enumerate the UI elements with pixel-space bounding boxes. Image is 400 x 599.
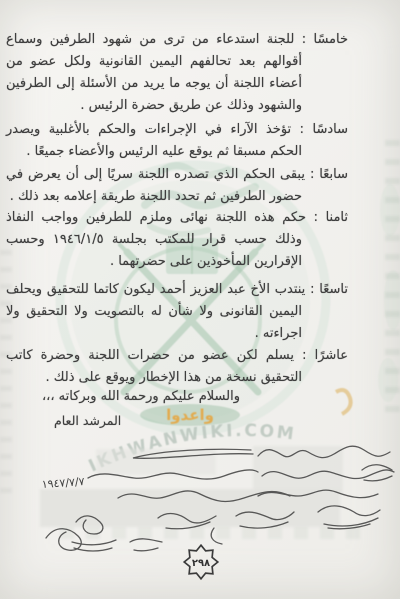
- document-item: تاسعًا : ينتدب الأخ عبد العزيز أحمد ليكو…: [6, 279, 348, 345]
- scanned-page: واعدوا IKHWANWIKI.COM خامسًا : للجنة است…: [0, 0, 400, 599]
- item-text: تؤخذ الآراء في الإجراءات والحكم بالأغلبي…: [6, 122, 302, 159]
- document-item: ثامنا : حكم هذه اللجنة نهائى وملزم للطرف…: [6, 207, 348, 273]
- signature-date: ١٩٤٧/٧/٧: [41, 475, 85, 491]
- signatory-title: المرشد العام: [54, 413, 121, 428]
- item-label: ثامنا :: [314, 210, 348, 225]
- item-text: للجنة استدعاء من ترى من شهود الطرفين وسم…: [6, 32, 302, 113]
- item-label: سابعًا :: [310, 167, 348, 182]
- page-number: ٢٩٨: [192, 558, 210, 569]
- item-label: خامسًا :: [302, 32, 348, 47]
- document-item: سادسًا : تؤخذ الآراء في الإجراءات والحكم…: [6, 119, 348, 163]
- item-label: تاسعًا :: [310, 282, 348, 297]
- closing-salutation: والسلام عليكم ورحمة الله وبركاته ،،،: [42, 389, 240, 404]
- document-item: عاشرًا : يسلم لكن عضو من حضرات اللجنة وح…: [6, 345, 348, 389]
- item-text: يسلم لكن عضو من حضرات اللجنة وحضرة كاتب …: [6, 348, 302, 385]
- page-number-ornament: ٢٩٨: [180, 541, 222, 587]
- item-label: عاشرًا :: [302, 348, 348, 363]
- item-text: حكم هذه اللجنة نهائى وملزم للطرفين وواجب…: [6, 210, 306, 269]
- item-label: سادسًا :: [300, 122, 348, 137]
- item-text: ينتدب الأخ عبد العزيز أحمد ليكون كاتما ل…: [6, 282, 305, 341]
- item-text: يبقى الحكم الذي تصدره اللجنة سريًا إلى أ…: [6, 167, 305, 204]
- document-item: خامسًا : للجنة استدعاء من ترى من شهود ال…: [6, 29, 348, 117]
- handwritten-signatures: ١٩٤٧/٧/٧: [18, 442, 396, 554]
- star-ornament-icon: ٢٩٨: [180, 541, 222, 583]
- document-item: سابعًا : يبقى الحكم الذي تصدره اللجنة سر…: [6, 164, 348, 208]
